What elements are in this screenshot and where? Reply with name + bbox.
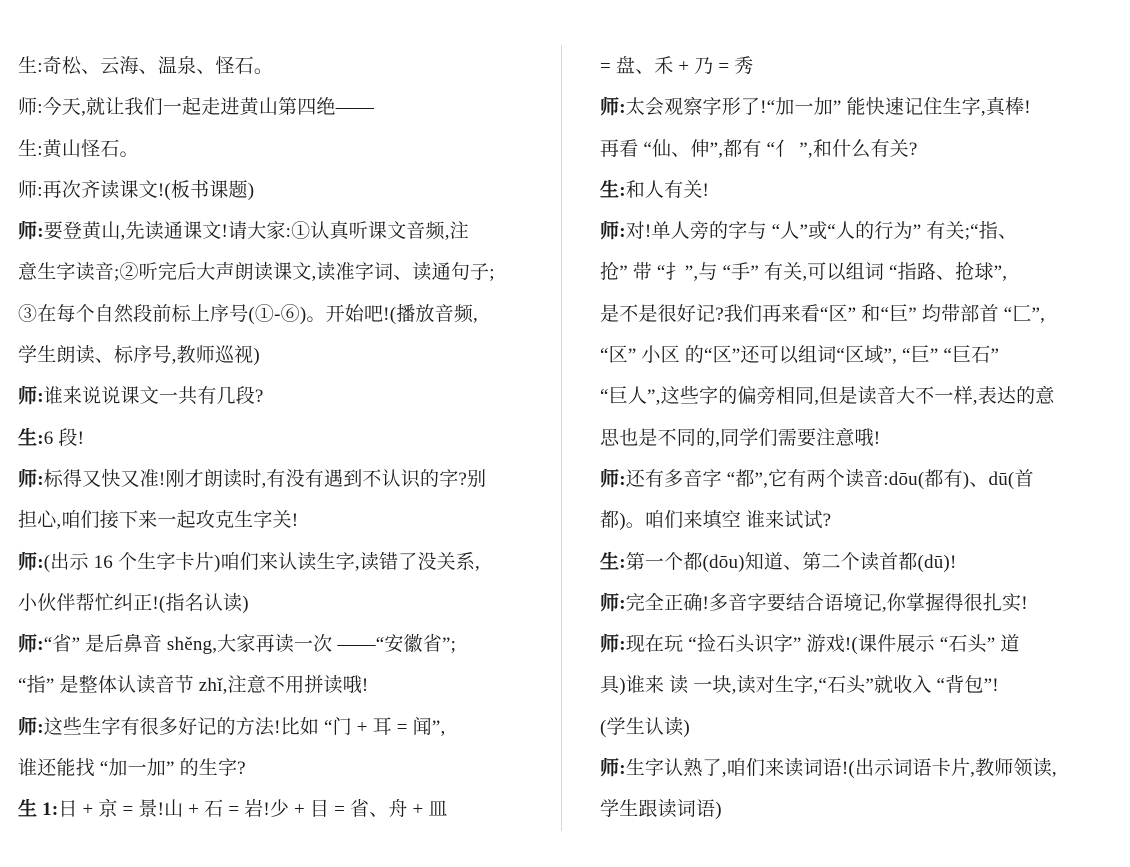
text-line: 师:今天,就让我们一起走进黄山第四绝——	[18, 87, 532, 128]
text-line: 生 1:日 + 京 = 景!山 + 石 = 岩!少 + 目 = 省、舟 + 皿	[18, 789, 532, 830]
text-line: 师:(出示 16 个生字卡片)咱们来认读生字,读错了没关系,	[18, 542, 532, 583]
line-text: (出示 16 个生字卡片)咱们来认读生字,读错了没关系,	[44, 552, 480, 573]
text-line: = 盘、禾 + 乃 = 秀	[600, 46, 1114, 87]
text-line: (学生认读)	[600, 707, 1114, 748]
text-line: ③在每个自然段前标上序号(①-⑥)。开始吧!(播放音频,	[18, 294, 532, 335]
line-text: 思也是不同的,同学们需要注意哦!	[600, 428, 880, 449]
line-text: “巨人”,这些字的偏旁相同,但是读音大不一样,表达的意	[600, 386, 1055, 407]
line-text: 抢” 带 “扌”,与 “手” 有关,可以组词 “指路、抢球”,	[600, 262, 1007, 283]
speaker-label: 师:	[600, 221, 626, 242]
line-text: 要登黄山,先读通课文!请大家:①认真听课文音频,注	[44, 221, 469, 242]
speaker-label: 师:	[600, 593, 626, 614]
line-text: “省” 是后鼻音 shěng,大家再读一次 ——“安徽省”;	[44, 634, 456, 655]
speaker-label: 师:	[600, 634, 626, 655]
line-text: 第一个都(dōu)知道、第二个读首都(dū)!	[626, 552, 957, 573]
text-line: 师:这些生字有很多好记的方法!比如 “门 + 耳 = 闻”,	[18, 707, 532, 748]
line-text: 生字认熟了,咱们来读词语!(出示词语卡片,教师领读,	[626, 758, 1057, 779]
line-text: 还有多音字 “都”,它有两个读音:dōu(都有)、dū(首	[626, 469, 1034, 490]
text-line: 抢” 带 “扌”,与 “手” 有关,可以组词 “指路、抢球”,	[600, 252, 1114, 293]
text-line: 师:生字认熟了,咱们来读词语!(出示词语卡片,教师领读,	[600, 748, 1114, 789]
speaker-label: 师:	[18, 552, 44, 573]
text-line: 师:对!单人旁的字与 “人”或“人的行为” 有关;“指、	[600, 211, 1114, 252]
text-line: 师:要登黄山,先读通课文!请大家:①认真听课文音频,注	[18, 211, 532, 252]
line-text: = 盘、禾 + 乃 = 秀	[600, 56, 754, 77]
text-line: 生:黄山怪石。	[18, 129, 532, 170]
line-text: 学生朗读、标序号,教师巡视)	[18, 345, 260, 366]
text-line: 师:太会观察字形了!“加一加” 能快速记住生字,真棒!	[600, 87, 1114, 128]
text-line: 生:第一个都(dōu)知道、第二个读首都(dū)!	[600, 542, 1114, 583]
text-line: 学生跟读词语)	[600, 789, 1114, 830]
text-line: 师:“省” 是后鼻音 shěng,大家再读一次 ——“安徽省”;	[18, 624, 532, 665]
text-line: 都)。咱们来填空 谁来试试?	[600, 500, 1114, 541]
line-text: 这些生字有很多好记的方法!比如 “门 + 耳 = 闻”,	[44, 717, 446, 738]
line-text: 谁还能找 “加一加” 的生字?	[18, 758, 246, 779]
line-text: 日 + 京 = 景!山 + 石 = 岩!少 + 目 = 省、舟 + 皿	[58, 799, 447, 820]
text-line: 思也是不同的,同学们需要注意哦!	[600, 418, 1114, 459]
speaker-label: 师:	[18, 469, 44, 490]
speaker-label: 师:	[600, 97, 626, 118]
line-text: 标得又快又准!刚才朗读时,有没有遇到不认识的字?别	[44, 469, 487, 490]
line-text: 现在玩 “捡石头识字” 游戏!(课件展示 “石头” 道	[626, 634, 1020, 655]
speaker-label: 生:	[600, 552, 626, 573]
line-text: 师:今天,就让我们一起走进黄山第四绝——	[18, 97, 374, 118]
line-text: 生:奇松、云海、温泉、怪石。	[18, 56, 273, 77]
text-line: 师:现在玩 “捡石头识字” 游戏!(课件展示 “石头” 道	[600, 624, 1114, 665]
line-text: “区” 小区 的“区”还可以组词“区域”, “巨” “巨石”	[600, 345, 999, 366]
speaker-label: 师:	[18, 717, 44, 738]
speaker-label: 师:	[600, 758, 626, 779]
speaker-label: 师:	[18, 386, 44, 407]
text-line: “区” 小区 的“区”还可以组词“区域”, “巨” “巨石”	[600, 335, 1114, 376]
text-line: “巨人”,这些字的偏旁相同,但是读音大不一样,表达的意	[600, 376, 1114, 417]
text-line: 师:标得又快又准!刚才朗读时,有没有遇到不认识的字?别	[18, 459, 532, 500]
line-text: 具)谁来 读 一块,读对生字,“石头”就收入 “背包”!	[600, 675, 999, 696]
speaker-label: 师:	[18, 634, 44, 655]
line-text: 生:黄山怪石。	[18, 139, 139, 160]
line-text: “指” 是整体认读音节 zhǐ,注意不用拼读哦!	[18, 675, 368, 696]
text-line: 担心,咱们接下来一起攻克生字关!	[18, 500, 532, 541]
line-text: 师:再次齐读课文!(板书课题)	[18, 180, 254, 201]
text-line: 小伙伴帮忙纠正!(指名认读)	[18, 583, 532, 624]
text-line: 谁还能找 “加一加” 的生字?	[18, 748, 532, 789]
text-line: 意生字读音;②听完后大声朗读课文,读准字词、读通句子;	[18, 252, 532, 293]
left-text-column: 生:奇松、云海、温泉、怪石。师:今天,就让我们一起走进黄山第四绝——生:黄山怪石…	[18, 46, 532, 831]
text-line: 师:还有多音字 “都”,它有两个读音:dōu(都有)、dū(首	[600, 459, 1114, 500]
text-line: 学生朗读、标序号,教师巡视)	[18, 335, 532, 376]
line-text: 和人有关!	[626, 180, 709, 201]
text-line: 生:和人有关!	[600, 170, 1114, 211]
document-page: 生:奇松、云海、温泉、怪石。师:今天,就让我们一起走进黄山第四绝——生:黄山怪石…	[0, 0, 1130, 867]
text-line: 师:谁来说说课文一共有几段?	[18, 376, 532, 417]
speaker-label: 师:	[18, 221, 44, 242]
line-text: 担心,咱们接下来一起攻克生字关!	[18, 510, 298, 531]
line-text: 对!单人旁的字与 “人”或“人的行为” 有关;“指、	[626, 221, 1017, 242]
right-text-column: = 盘、禾 + 乃 = 秀师:太会观察字形了!“加一加” 能快速记住生字,真棒!…	[600, 46, 1114, 831]
text-line: 具)谁来 读 一块,读对生字,“石头”就收入 “背包”!	[600, 665, 1114, 706]
line-text: 再看 “仙、伸”,都有 “亻 ”,和什么有关?	[600, 139, 918, 160]
text-line: “指” 是整体认读音节 zhǐ,注意不用拼读哦!	[18, 665, 532, 706]
text-line: 师:再次齐读课文!(板书课题)	[18, 170, 532, 211]
text-line: 生:6 段!	[18, 418, 532, 459]
speaker-label: 生 1:	[18, 799, 58, 820]
text-line: 师:完全正确!多音字要结合语境记,你掌握得很扎实!	[600, 583, 1114, 624]
text-line: 再看 “仙、伸”,都有 “亻 ”,和什么有关?	[600, 129, 1114, 170]
line-text: (学生认读)	[600, 717, 690, 738]
speaker-label: 生:	[600, 180, 626, 201]
line-text: 是不是很好记?我们再来看“区” 和“巨” 均带部首 “匚”,	[600, 304, 1045, 325]
line-text: 太会观察字形了!“加一加” 能快速记住生字,真棒!	[626, 97, 1031, 118]
line-text: 学生跟读词语)	[600, 799, 722, 820]
column-divider	[561, 45, 562, 831]
line-text: 完全正确!多音字要结合语境记,你掌握得很扎实!	[626, 593, 1028, 614]
text-line: 生:奇松、云海、温泉、怪石。	[18, 46, 532, 87]
speaker-label: 生:	[18, 428, 44, 449]
text-line: 是不是很好记?我们再来看“区” 和“巨” 均带部首 “匚”,	[600, 294, 1114, 335]
line-text: 6 段!	[44, 428, 84, 449]
line-text: 意生字读音;②听完后大声朗读课文,读准字词、读通句子;	[18, 262, 495, 283]
line-text: ③在每个自然段前标上序号(①-⑥)。开始吧!(播放音频,	[18, 304, 478, 325]
line-text: 小伙伴帮忙纠正!(指名认读)	[18, 593, 249, 614]
line-text: 谁来说说课文一共有几段?	[44, 386, 264, 407]
line-text: 都)。咱们来填空 谁来试试?	[600, 510, 831, 531]
speaker-label: 师:	[600, 469, 626, 490]
